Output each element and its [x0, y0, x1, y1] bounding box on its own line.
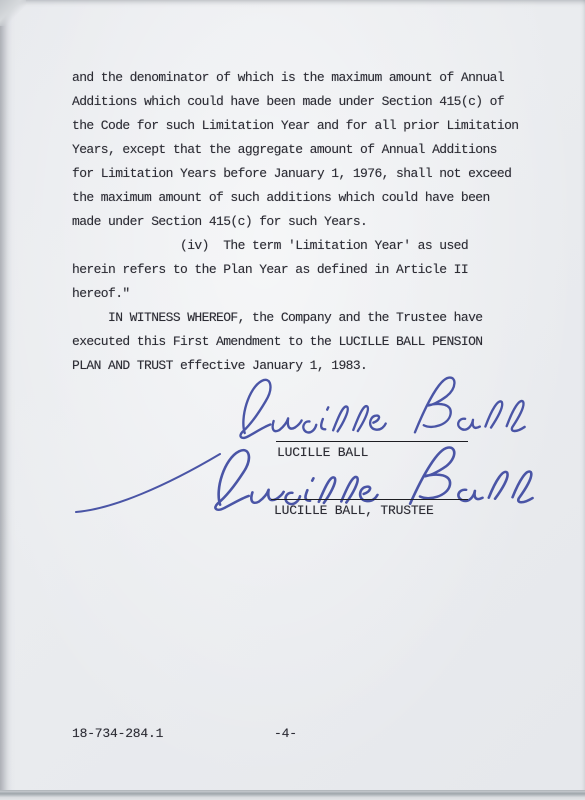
document-number: 18-734-284.1 [72, 727, 163, 740]
typed-name-lucille-ball-trustee: LUCILLE BALL, TRUSTEE [274, 504, 434, 517]
signature-line-2 [271, 499, 468, 500]
page-bottom-edge [0, 790, 585, 800]
document-body-text: and the denominator of which is the maxi… [72, 66, 518, 378]
page-corner-fold [0, 0, 26, 26]
signature-line-1 [276, 441, 468, 442]
typed-name-lucille-ball: LUCILLE BALL [277, 446, 368, 459]
page-number: -4- [274, 727, 297, 740]
signature-lucille-ball-1 [228, 370, 538, 450]
document-page: and the denominator of which is the maxi… [0, 0, 585, 800]
